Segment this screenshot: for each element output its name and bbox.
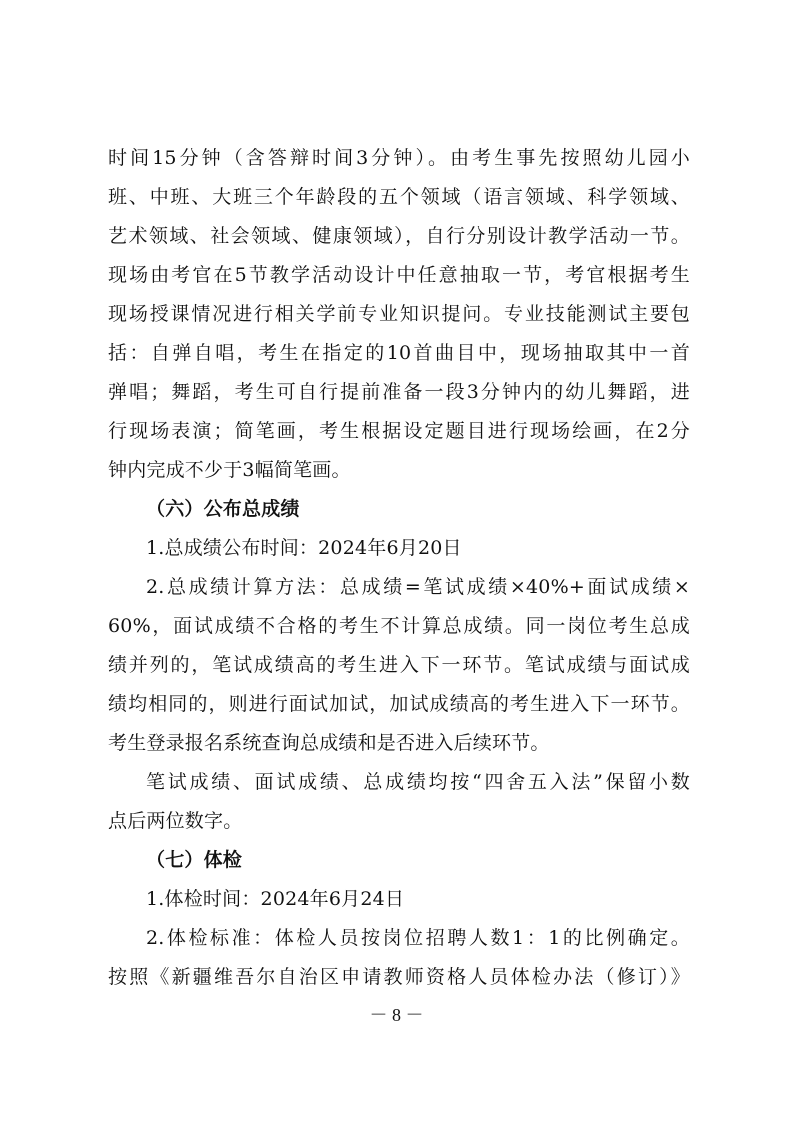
medical-exam-date: 1.体检时间：2024年6月24日	[146, 887, 690, 911]
score-formula-line: 60%，面试成绩不合格的考生不计算总成绩。同一岗位考生总成	[108, 614, 690, 638]
body-text-line: 艺术领域、社会领域、健康领域），自行分别设计教学活动一节。	[108, 224, 690, 248]
body-text-line: 行现场表演；简笔画，考生根据设定题目进行现场绘画，在2分	[108, 419, 690, 443]
section-heading-7: （七）体检	[146, 848, 690, 872]
body-text-line: 弹唱；舞蹈，考生可自行提前准备一段3分钟内的幼儿舞蹈，进	[108, 380, 690, 404]
score-release-date: 1.总成绩公布时间：2024年6月20日	[146, 536, 690, 560]
body-text-line: 现场由考官在5节教学活动设计中任意抽取一节，考官根据考生	[108, 263, 690, 287]
section-heading-6: （六）公布总成绩	[146, 497, 690, 521]
medical-exam-standard-line: 按照《新疆维吾尔自治区申请教师资格人员体检办法（修订）》	[108, 965, 690, 989]
body-text-line: 时间15分钟（含答辩时间3分钟）。由考生事先按照幼儿园小	[108, 146, 690, 170]
score-formula-line: 2.总成绩计算方法：总成绩=笔试成绩×40%+面试成绩×	[146, 575, 690, 599]
rounding-rule-line: 笔试成绩、面试成绩、总成绩均按“四舍五入法”保留小数	[146, 770, 690, 794]
document-page: 时间15分钟（含答辩时间3分钟）。由考生事先按照幼儿园小 班、中班、大班三个年龄…	[0, 0, 793, 1122]
score-formula-line: 考生登录报名系统查询总成绩和是否进入后续环节。	[108, 731, 690, 755]
rounding-rule-line: 点后两位数字。	[108, 809, 690, 833]
page-number: － 8 －	[0, 1001, 793, 1027]
score-formula-line: 绩均相同的，则进行面试加试，加试成绩高的考生进入下一环节。	[108, 692, 690, 716]
medical-exam-standard-line: 2.体检标准：体检人员按岗位招聘人数1：1的比例确定。	[146, 926, 690, 950]
body-text-line: 钟内完成不少于3幅简笔画。	[108, 458, 690, 482]
score-formula-line: 绩并列的，笔试成绩高的考生进入下一环节。笔试成绩与面试成	[108, 653, 690, 677]
body-text-line: 班、中班、大班三个年龄段的五个领域（语言领域、科学领域、	[108, 185, 690, 209]
body-text-line: 现场授课情况进行相关学前专业知识提问。专业技能测试主要包	[108, 302, 690, 326]
body-text-line: 括：自弹自唱，考生在指定的10首曲目中，现场抽取其中一首	[108, 341, 690, 365]
